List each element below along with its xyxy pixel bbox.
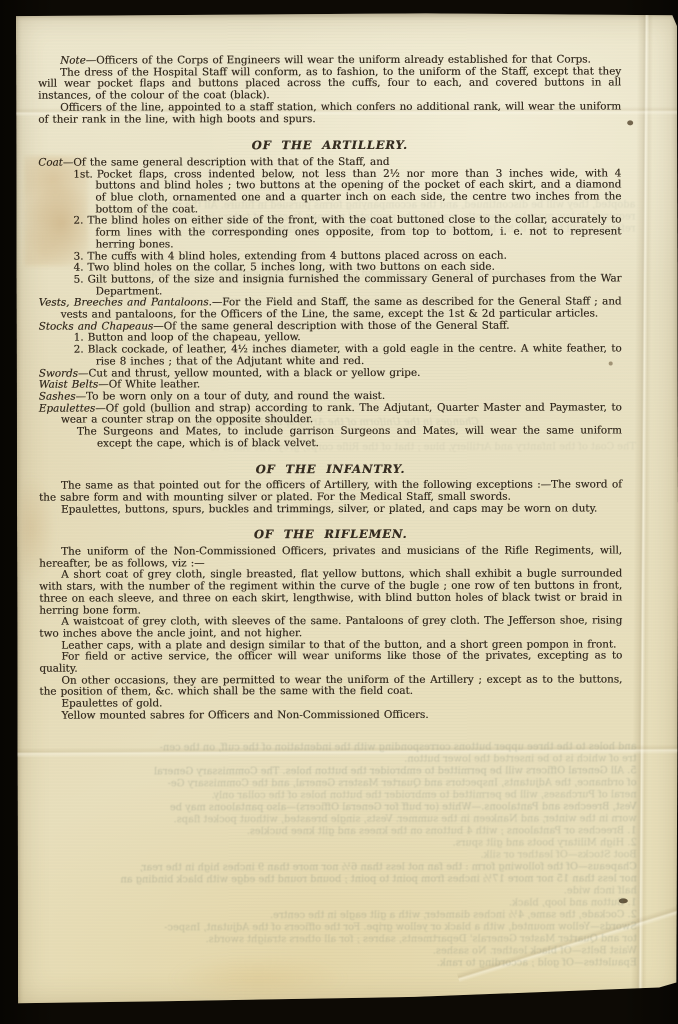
bleedthrough-line: of ordnance, the Adjutants, Inspectors a… <box>36 777 637 789</box>
artillery-section-heading: OF THE ARTILLERY. <box>38 140 621 153</box>
infantry-paragraph: The same as that pointed out for the off… <box>39 480 622 505</box>
epaulettes-entry: Epaulettes—Of gold (bullion and strap) a… <box>39 402 622 427</box>
vertical-fold-crease <box>631 12 654 1003</box>
scan-background: adopted, they will be discontinued, and … <box>0 0 678 1024</box>
riflemen-paragraph: Yellow mounted sabres for Officers and N… <box>39 709 622 722</box>
coat-item: 1st.Pocket flaps, cross indented below, … <box>38 168 621 216</box>
bleedthrough-line: Vest, Breeches and Pantaloons.—White (or… <box>36 801 637 813</box>
bleedthrough-line: 5. All General Officers will be permitte… <box>36 765 637 777</box>
riflemen-paragraph: A waistcoat of grey cloth, with sleeves … <box>39 616 622 641</box>
bleedthrough-line: neral of Purchases, will be permitted to… <box>36 789 637 801</box>
line-officers-paragraph: Officers of the line, appointed to a sta… <box>38 101 621 126</box>
infantry-paragraph: Epaulettes, buttons, spurs, buckles and … <box>39 503 622 516</box>
riflemen-section-heading: OF THE RIFLEMEN. <box>39 529 622 542</box>
coat-item: 2.The blind holes on either side of the … <box>38 215 621 251</box>
waist-belts-label: Waist Belts <box>39 379 99 391</box>
document-page: adopted, they will be discontinued, and … <box>16 12 678 1004</box>
riflemen-paragraph: On other occasions, they are permitted t… <box>39 674 622 699</box>
bleedthrough-line: Boot Stocks—Of leather or silk. <box>36 849 637 861</box>
foxing-stain <box>168 953 348 1003</box>
infantry-section-heading: OF THE INFANTRY. <box>39 463 622 476</box>
coat-item: 5.Gilt buttons, of the size and insignia… <box>39 273 622 298</box>
vests-label: Vests, Breeches and Pantaloons. <box>39 297 212 309</box>
bleedthrough-line: 2. High Military boots and gilt spurs. <box>36 837 637 849</box>
bleedthrough-line: 2. Cockade, the same, 4½ inches diameter… <box>36 909 637 921</box>
surgeons-paragraph: The Surgeons and Mates, to include garri… <box>39 426 622 451</box>
bleedthrough-line: half inch wide. <box>36 885 637 897</box>
bleedthrough-line: worn in the winter, and Nankeen in the s… <box>36 813 637 825</box>
stocks-label: Stocks and Chapeaus <box>39 320 154 332</box>
riflemen-paragraph: The uniform of the Non-Commissioned Offi… <box>39 545 622 570</box>
note-label: Note <box>60 55 86 67</box>
coat-label: Coat <box>38 157 63 169</box>
document-content: Note—Officers of the Corps of Engineers … <box>38 54 622 722</box>
riflemen-paragraph: A short coat of grey cloth, single breas… <box>39 569 622 617</box>
hospital-staff-paragraph: The dress of the Hospital Staff will con… <box>38 66 621 102</box>
swords-label: Swords <box>39 367 78 379</box>
ink-speck <box>627 120 633 125</box>
epaulettes-label: Epaulettes <box>39 402 95 414</box>
stocks-item: 2.Black cockade, of leather, 4½ inches d… <box>39 344 622 369</box>
sashes-label: Sashes <box>39 391 76 403</box>
bleedthrough-line: 1. Breeches or Pantaloons ; with 4 butto… <box>36 825 637 837</box>
bleedthrough-line: Swords—Yellow mounted, with a black or y… <box>36 921 637 933</box>
riflemen-paragraph: For field or active service, the officer… <box>39 651 622 676</box>
bleedthrough-line: tor and Quarter Master Generals' Departm… <box>36 933 637 945</box>
bleedthrough-line: 1. Button and loop, black. <box>36 897 637 909</box>
bleedthrough-line: Chapeaus—Of the following form : the fan… <box>36 861 637 873</box>
note-text: —Officers of the Corps of Engineers will… <box>86 53 591 66</box>
vests-entry: Vests, Breeches and Pantaloons.—For the … <box>39 297 622 322</box>
ink-speck <box>619 898 628 903</box>
bleedthrough-line: nor less than 15 nor more 17½ inches fro… <box>36 873 637 885</box>
horizontal-fold-crease <box>17 744 678 758</box>
